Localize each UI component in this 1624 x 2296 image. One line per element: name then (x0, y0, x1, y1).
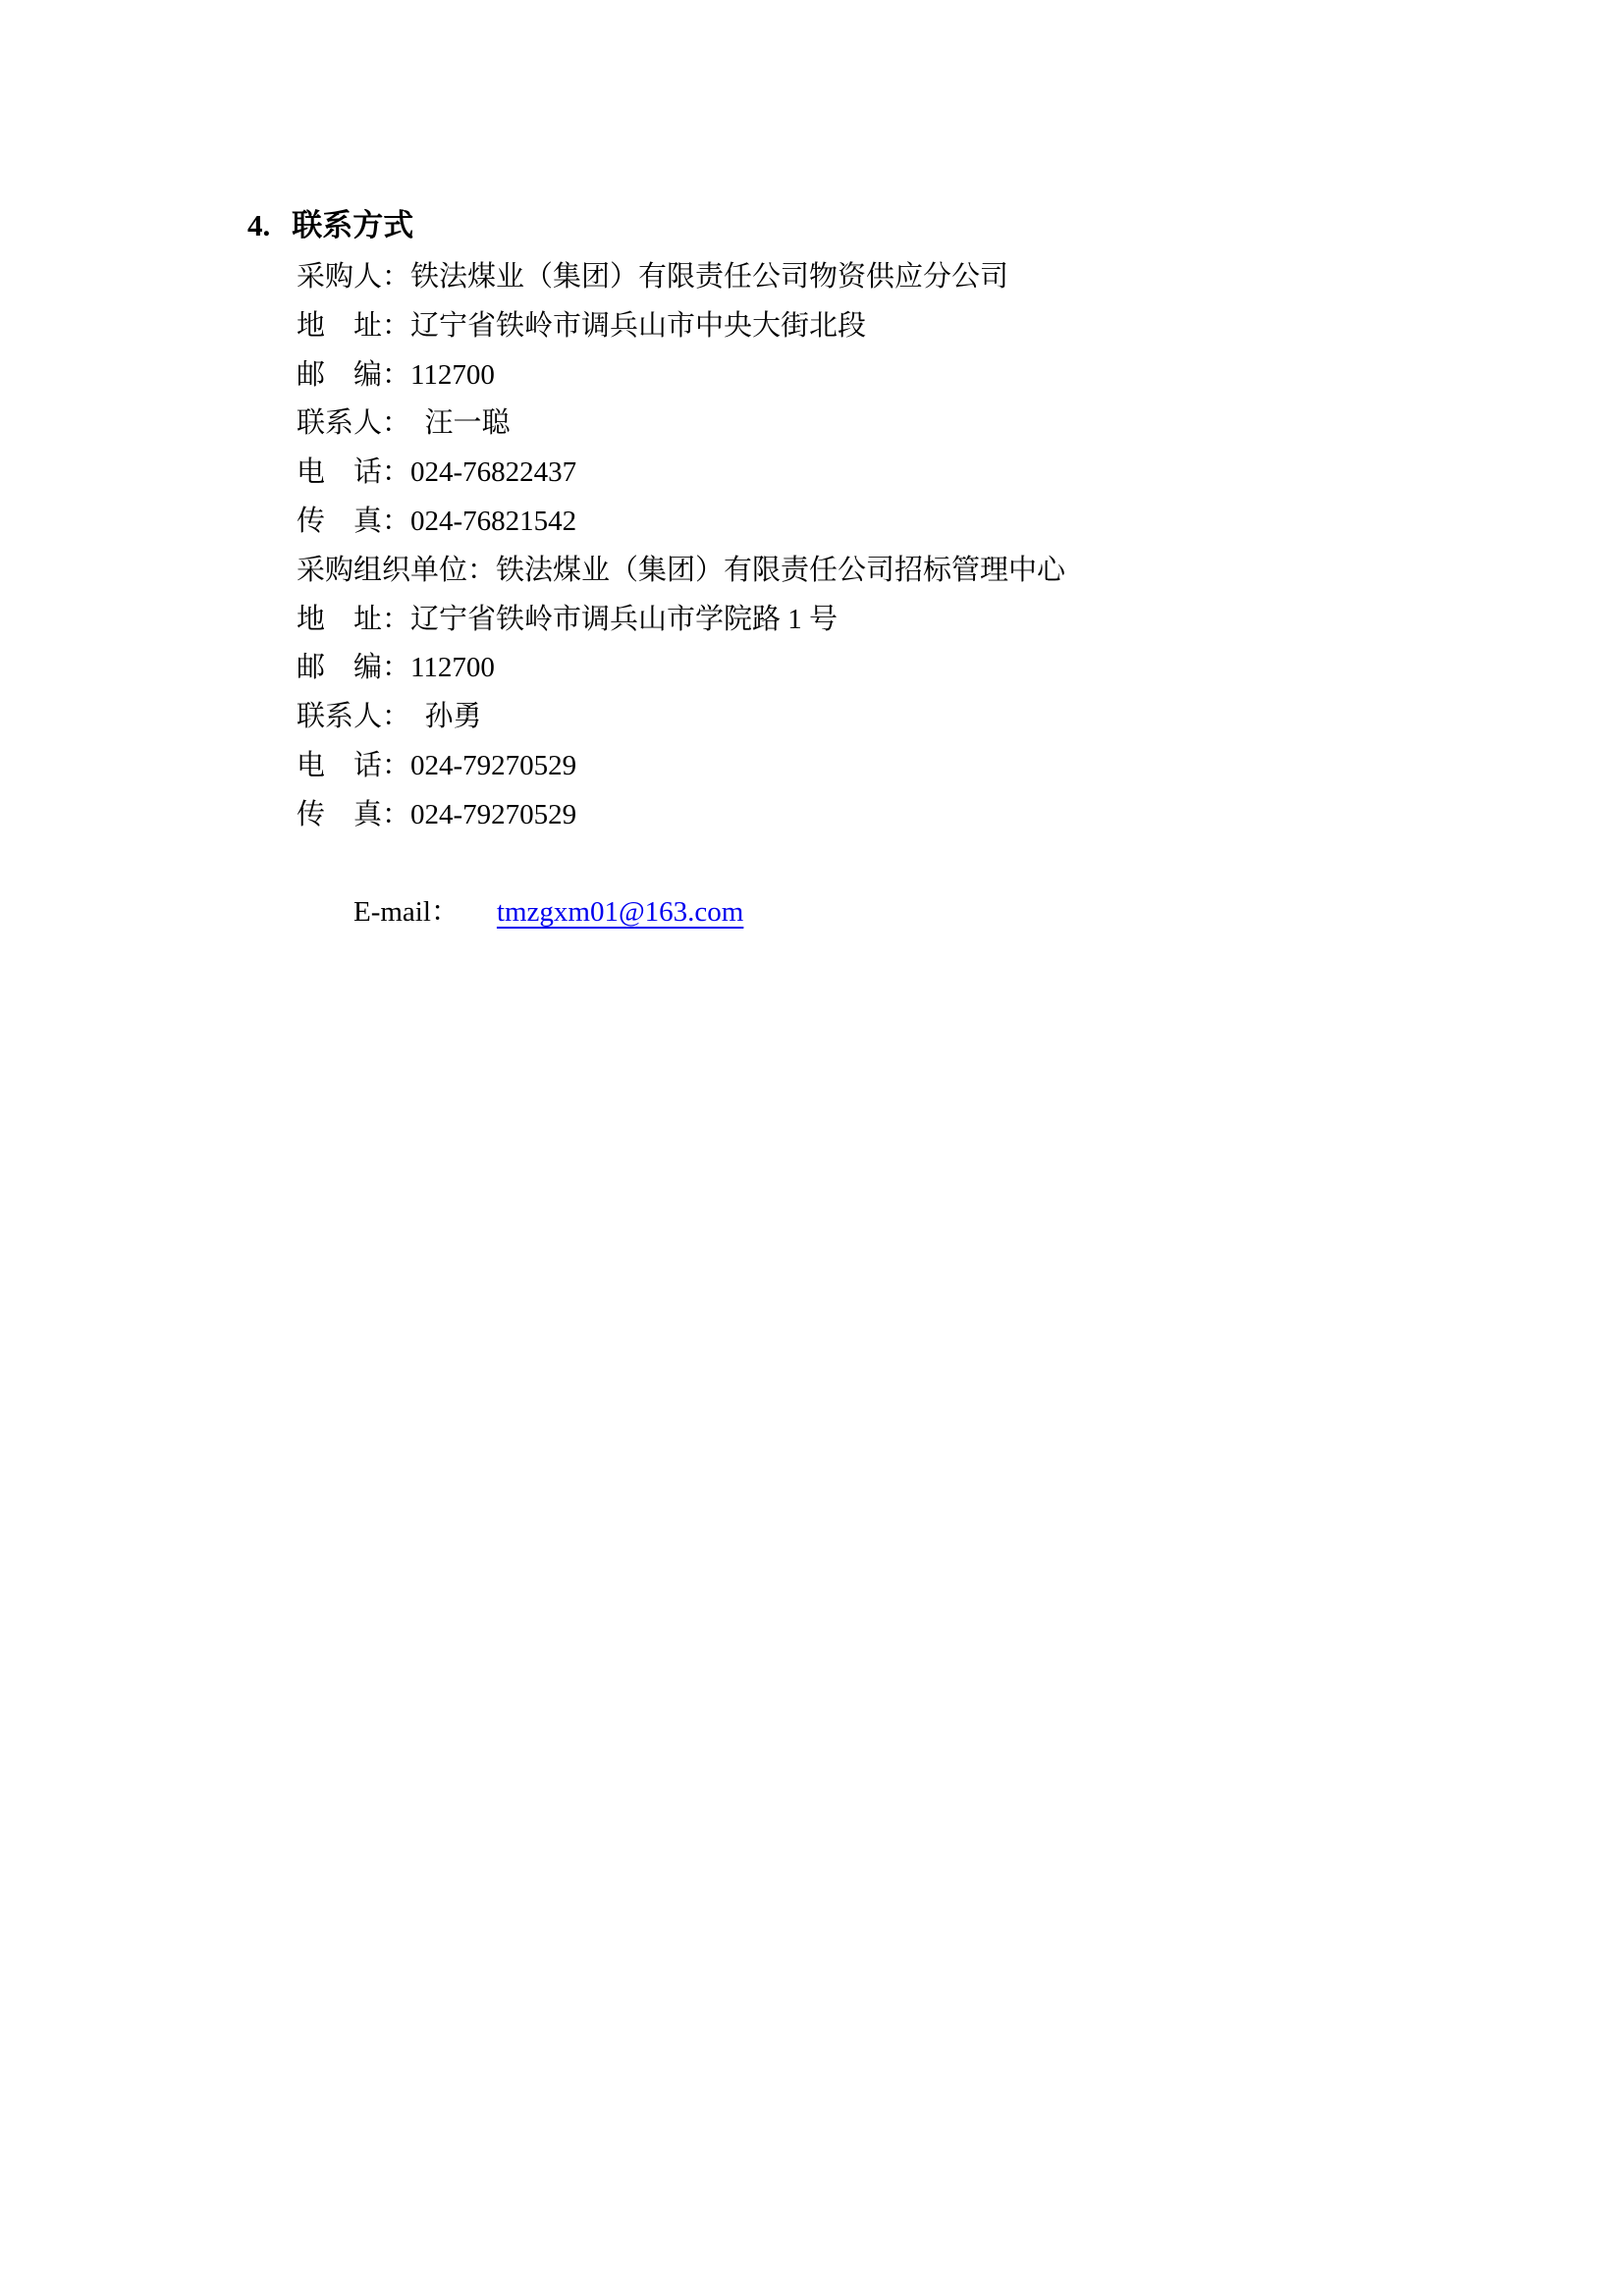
contact-line-phone-2: 电 话：024-79270529 (297, 742, 1065, 791)
contact-line-fax-2: 传 真：024-79270529 (297, 791, 1065, 840)
contact-line-fax-1: 传 真：024-76821542 (297, 498, 1065, 547)
contact-line-purchaser: 采购人：铁法煤业（集团）有限责任公司物资供应分公司 (297, 253, 1065, 302)
contact-line-address-2: 地 址：辽宁省铁岭市调兵山市学院路 1 号 (297, 596, 1065, 645)
contact-line-address-1: 地 址：辽宁省铁岭市调兵山市中央大街北段 (297, 302, 1065, 351)
contact-line-postcode-1: 邮 编：112700 (297, 351, 1065, 400)
contact-lines: 采购人：铁法煤业（集团）有限责任公司物资供应分公司 地 址：辽宁省铁岭市调兵山市… (297, 253, 1065, 888)
section-title: 联系方式 (292, 208, 413, 242)
contact-line-organizer: 采购组织单位：铁法煤业（集团）有限责任公司招标管理中心 (297, 547, 1065, 596)
email-link[interactable]: tmzgxm01@163.com (497, 896, 743, 928)
section-heading: 4.联系方式 (247, 201, 1065, 250)
contact-line-phone-1: 电 话：024-76822437 (297, 449, 1065, 498)
email-label: E-mail： (353, 896, 460, 928)
section-number: 4. (247, 201, 270, 250)
contact-line-person-1: 联系人： 汪一聪 (297, 400, 1065, 449)
contact-line-email: E-mail：tmzgxm01@163.com (297, 840, 1065, 889)
contact-line-postcode-2: 邮 编：112700 (297, 644, 1065, 693)
document-page: 4.联系方式 采购人：铁法煤业（集团）有限责任公司物资供应分公司 地 址：辽宁省… (0, 0, 1624, 2296)
contact-section: 4.联系方式 采购人：铁法煤业（集团）有限责任公司物资供应分公司 地 址：辽宁省… (247, 201, 1065, 888)
contact-line-person-2: 联系人： 孙勇 (297, 693, 1065, 742)
